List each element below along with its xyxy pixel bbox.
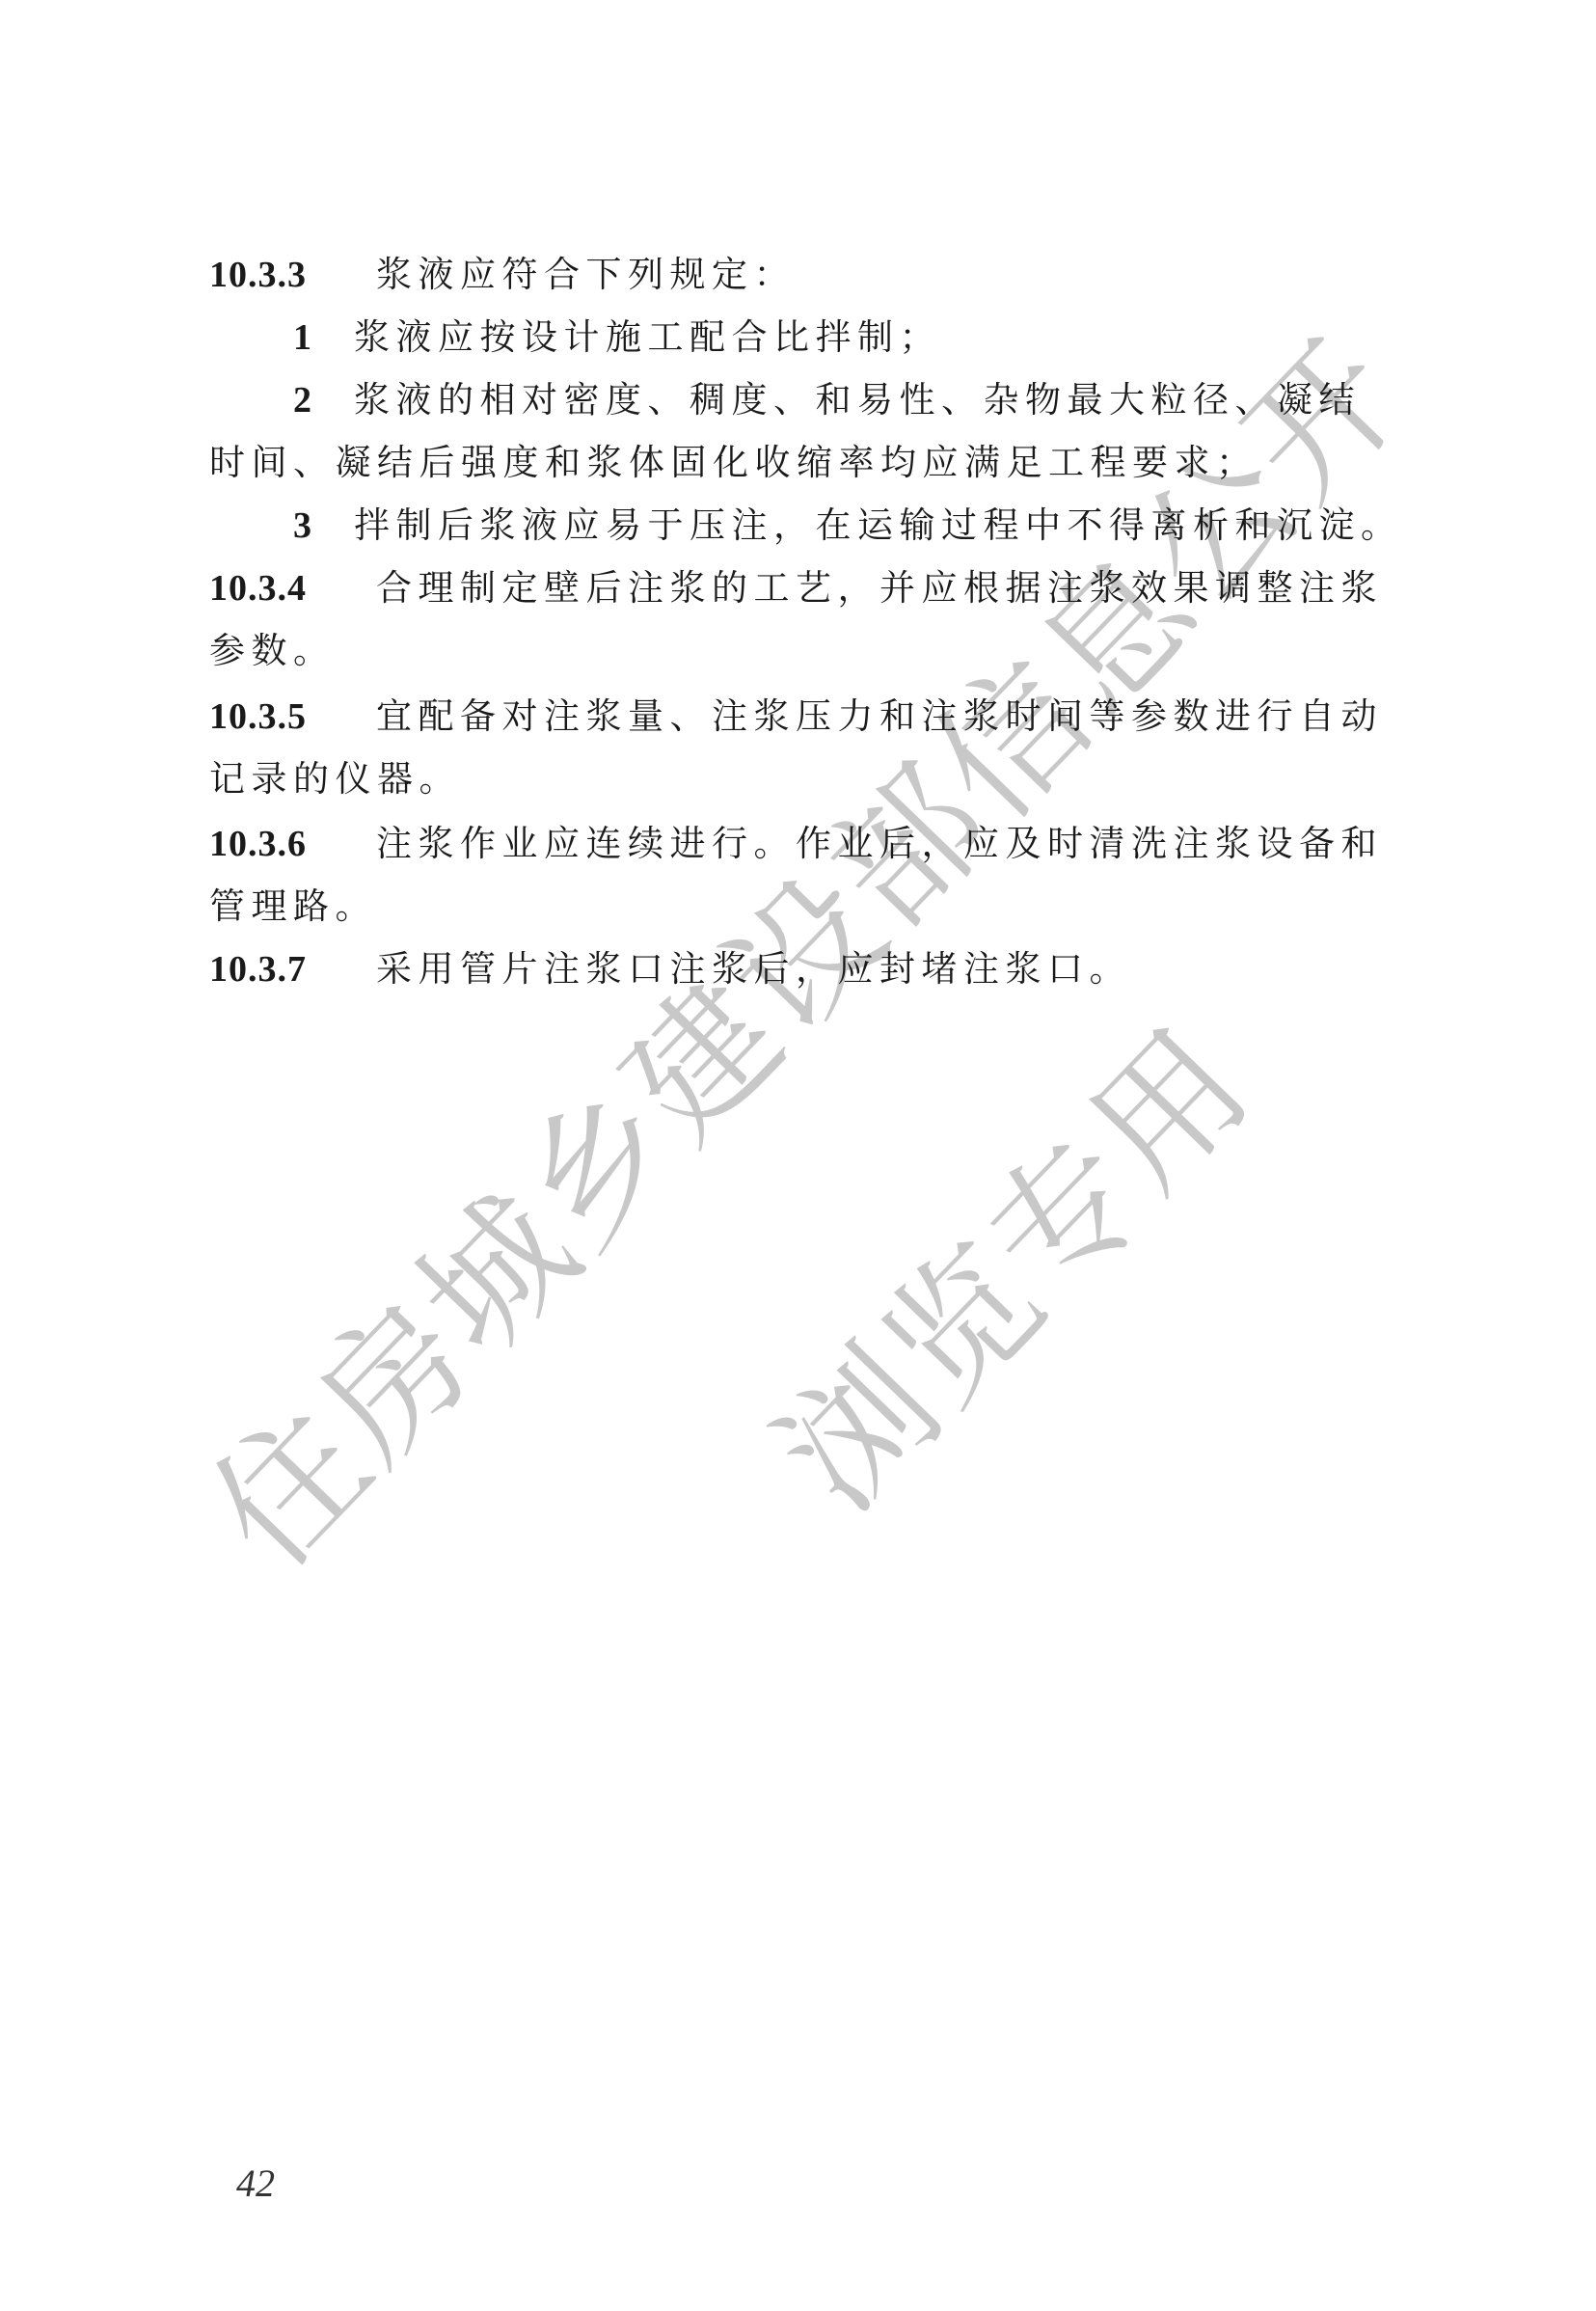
- item-text-continued: 时间、凝结后强度和浆体固化收缩率均应满足工程要求；: [209, 442, 1258, 483]
- clause-number: 10.3.6: [209, 820, 376, 868]
- clause-10-3-4-continued: 参数。: [209, 627, 1386, 675]
- clause-10-3-6-continued: 管理路。: [209, 883, 1386, 931]
- clause-10-3-4: 10.3.4合理制定壁后注浆的工艺，并应根据注浆效果调整注浆: [209, 564, 1386, 612]
- clause-number: 10.3.5: [209, 693, 376, 741]
- clause-text: 注浆作业应连续进行。作业后，应及时清洗注浆设备和: [376, 823, 1383, 864]
- clause-10-3-3-item-2: 2浆液的相对密度、稠度、和易性、杂物最大粒径、凝结: [209, 376, 1386, 424]
- clause-10-3-7: 10.3.7采用管片注浆口注浆后，应封堵注浆口。: [209, 945, 1386, 993]
- item-text: 拌制后浆液应易于压注，在运输过程中不得离析和沉淀。: [354, 504, 1403, 546]
- item-text: 浆液的相对密度、稠度、和易性、杂物最大粒径、凝结: [354, 379, 1361, 421]
- clause-10-3-6: 10.3.6注浆作业应连续进行。作业后，应及时清洗注浆设备和: [209, 820, 1386, 868]
- clause-10-3-3: 10.3.3浆液应符合下列规定：: [209, 251, 1386, 299]
- item-text: 浆液应按设计施工配合比拌制；: [354, 316, 941, 358]
- clause-10-3-3-item-2-continued: 时间、凝结后强度和浆体固化收缩率均应满足工程要求；: [209, 439, 1386, 487]
- clause-number: 10.3.7: [209, 945, 376, 993]
- page-number: 42: [236, 2161, 275, 2206]
- watermark-secondary: 浏览专用: [725, 974, 1287, 1546]
- clause-number: 10.3.4: [209, 564, 376, 612]
- clause-text-continued: 管理路。: [209, 885, 377, 927]
- clause-number: 10.3.3: [209, 251, 376, 299]
- clause-text-continued: 记录的仪器。: [209, 758, 461, 800]
- clause-text-continued: 参数。: [209, 630, 336, 671]
- item-number: 3: [293, 502, 354, 550]
- clause-10-3-5-continued: 记录的仪器。: [209, 755, 1386, 803]
- clause-text: 宜配备对注浆量、注浆压力和注浆时间等参数进行自动: [376, 695, 1383, 737]
- clause-text: 浆液应符合下列规定：: [376, 254, 796, 295]
- clause-text: 合理制定壁后注浆的工艺，并应根据注浆效果调整注浆: [376, 567, 1383, 609]
- item-number: 2: [293, 376, 354, 424]
- clause-text: 采用管片注浆口注浆后，应封堵注浆口。: [376, 948, 1131, 990]
- clause-10-3-3-item-1: 1浆液应按设计施工配合比拌制；: [209, 313, 1386, 362]
- clause-10-3-3-item-3: 3拌制后浆液应易于压注，在运输过程中不得离析和沉淀。: [209, 502, 1386, 550]
- item-number: 1: [293, 313, 354, 362]
- clause-10-3-5: 10.3.5宜配备对注浆量、注浆压力和注浆时间等参数进行自动: [209, 693, 1386, 741]
- document-page: 住房城乡建设部信息公开 浏览专用 10.3.3浆液应符合下列规定： 1浆液应按设…: [0, 0, 1596, 2311]
